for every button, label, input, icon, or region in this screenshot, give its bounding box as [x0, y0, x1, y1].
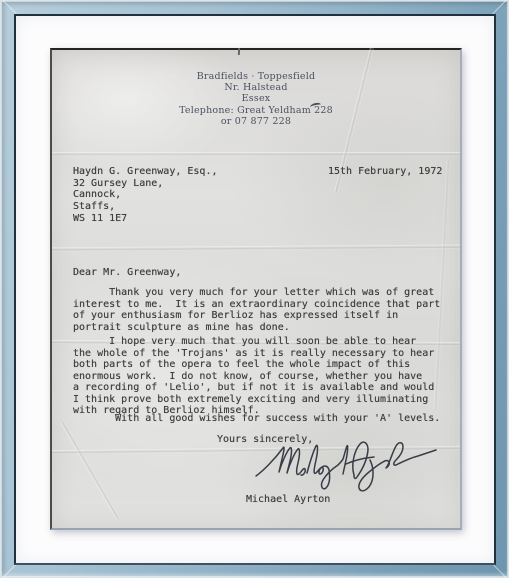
text-line: enormous work. I do not know, of course,…: [73, 371, 434, 383]
text-line: the whole of the 'Trojans' as it is real…: [73, 348, 434, 360]
framed-letter-photo: Bradfields · ToppesfieldNr. HalsteadEsse…: [0, 0, 509, 578]
text-line: both parts of the opera to feel the whol…: [73, 359, 434, 371]
typed-signature-name: Michael Ayrton: [246, 494, 330, 506]
letterhead-line: or 07 877 228: [52, 116, 460, 127]
recipient-address: Haydn G. Greenway, Esq.,32 Gursey Lane,C…: [73, 166, 218, 225]
picture-frame: Bradfields · ToppesfieldNr. HalsteadEsse…: [0, 0, 509, 578]
text-line: portrait sculpture as mine has done.: [73, 322, 440, 334]
address-line: 32 Gursey Lane,: [73, 178, 218, 190]
address-line: Staffs,: [73, 201, 218, 213]
letterhead: Bradfields · ToppesfieldNr. HalsteadEsse…: [52, 71, 460, 127]
paper-crease: [52, 152, 460, 156]
frame-mitre: [492, 563, 507, 578]
letter-date: 15th February, 1972: [328, 166, 442, 178]
text-line: I think prove both extremely exciting an…: [73, 394, 434, 406]
text-line: I hope very much that you will soon be a…: [73, 336, 434, 348]
address-line: Haydn G. Greenway, Esq.,: [73, 166, 218, 178]
letterhead-line: Telephone: Great Yeldham 228: [52, 105, 460, 116]
text-line: Thank you very much for your letter whic…: [73, 287, 440, 299]
mat-border: Bradfields · ToppesfieldNr. HalsteadEsse…: [14, 14, 496, 565]
frame-mitre: [3, 563, 18, 578]
text-line: of your enthusiasm for Berlioz has expre…: [73, 310, 440, 322]
closing-line: With all good wishes for success with yo…: [73, 413, 440, 425]
letterhead-line: Nr. Halstead: [52, 82, 460, 93]
paper-crease: [433, 160, 450, 410]
address-line: WS 11 1E7: [73, 213, 218, 225]
text-line: a recording of 'Lelio', but if not it is…: [73, 382, 434, 394]
paper-crease: [52, 245, 460, 252]
body-paragraph-1: Thank you very much for your letter whic…: [73, 287, 440, 333]
frame-mitre: [492, 0, 507, 15]
letterhead-line: Bradfields · Toppesfield: [52, 71, 460, 82]
salutation: Dear Mr. Greenway,: [73, 267, 181, 279]
address-line: Cannock,: [73, 189, 218, 201]
letter-page: Bradfields · ToppesfieldNr. HalsteadEsse…: [50, 48, 462, 530]
frame-mitre: [3, 0, 18, 15]
letterhead-line: Essex: [52, 93, 460, 104]
signature-michael-ayrton: [250, 438, 445, 502]
paper-crease: [60, 421, 119, 520]
paper-edge-mark: [238, 48, 240, 55]
body-paragraph-2: I hope very much that you will soon be a…: [73, 336, 434, 417]
text-line: interest to me. It is an extraordinary c…: [73, 299, 440, 311]
